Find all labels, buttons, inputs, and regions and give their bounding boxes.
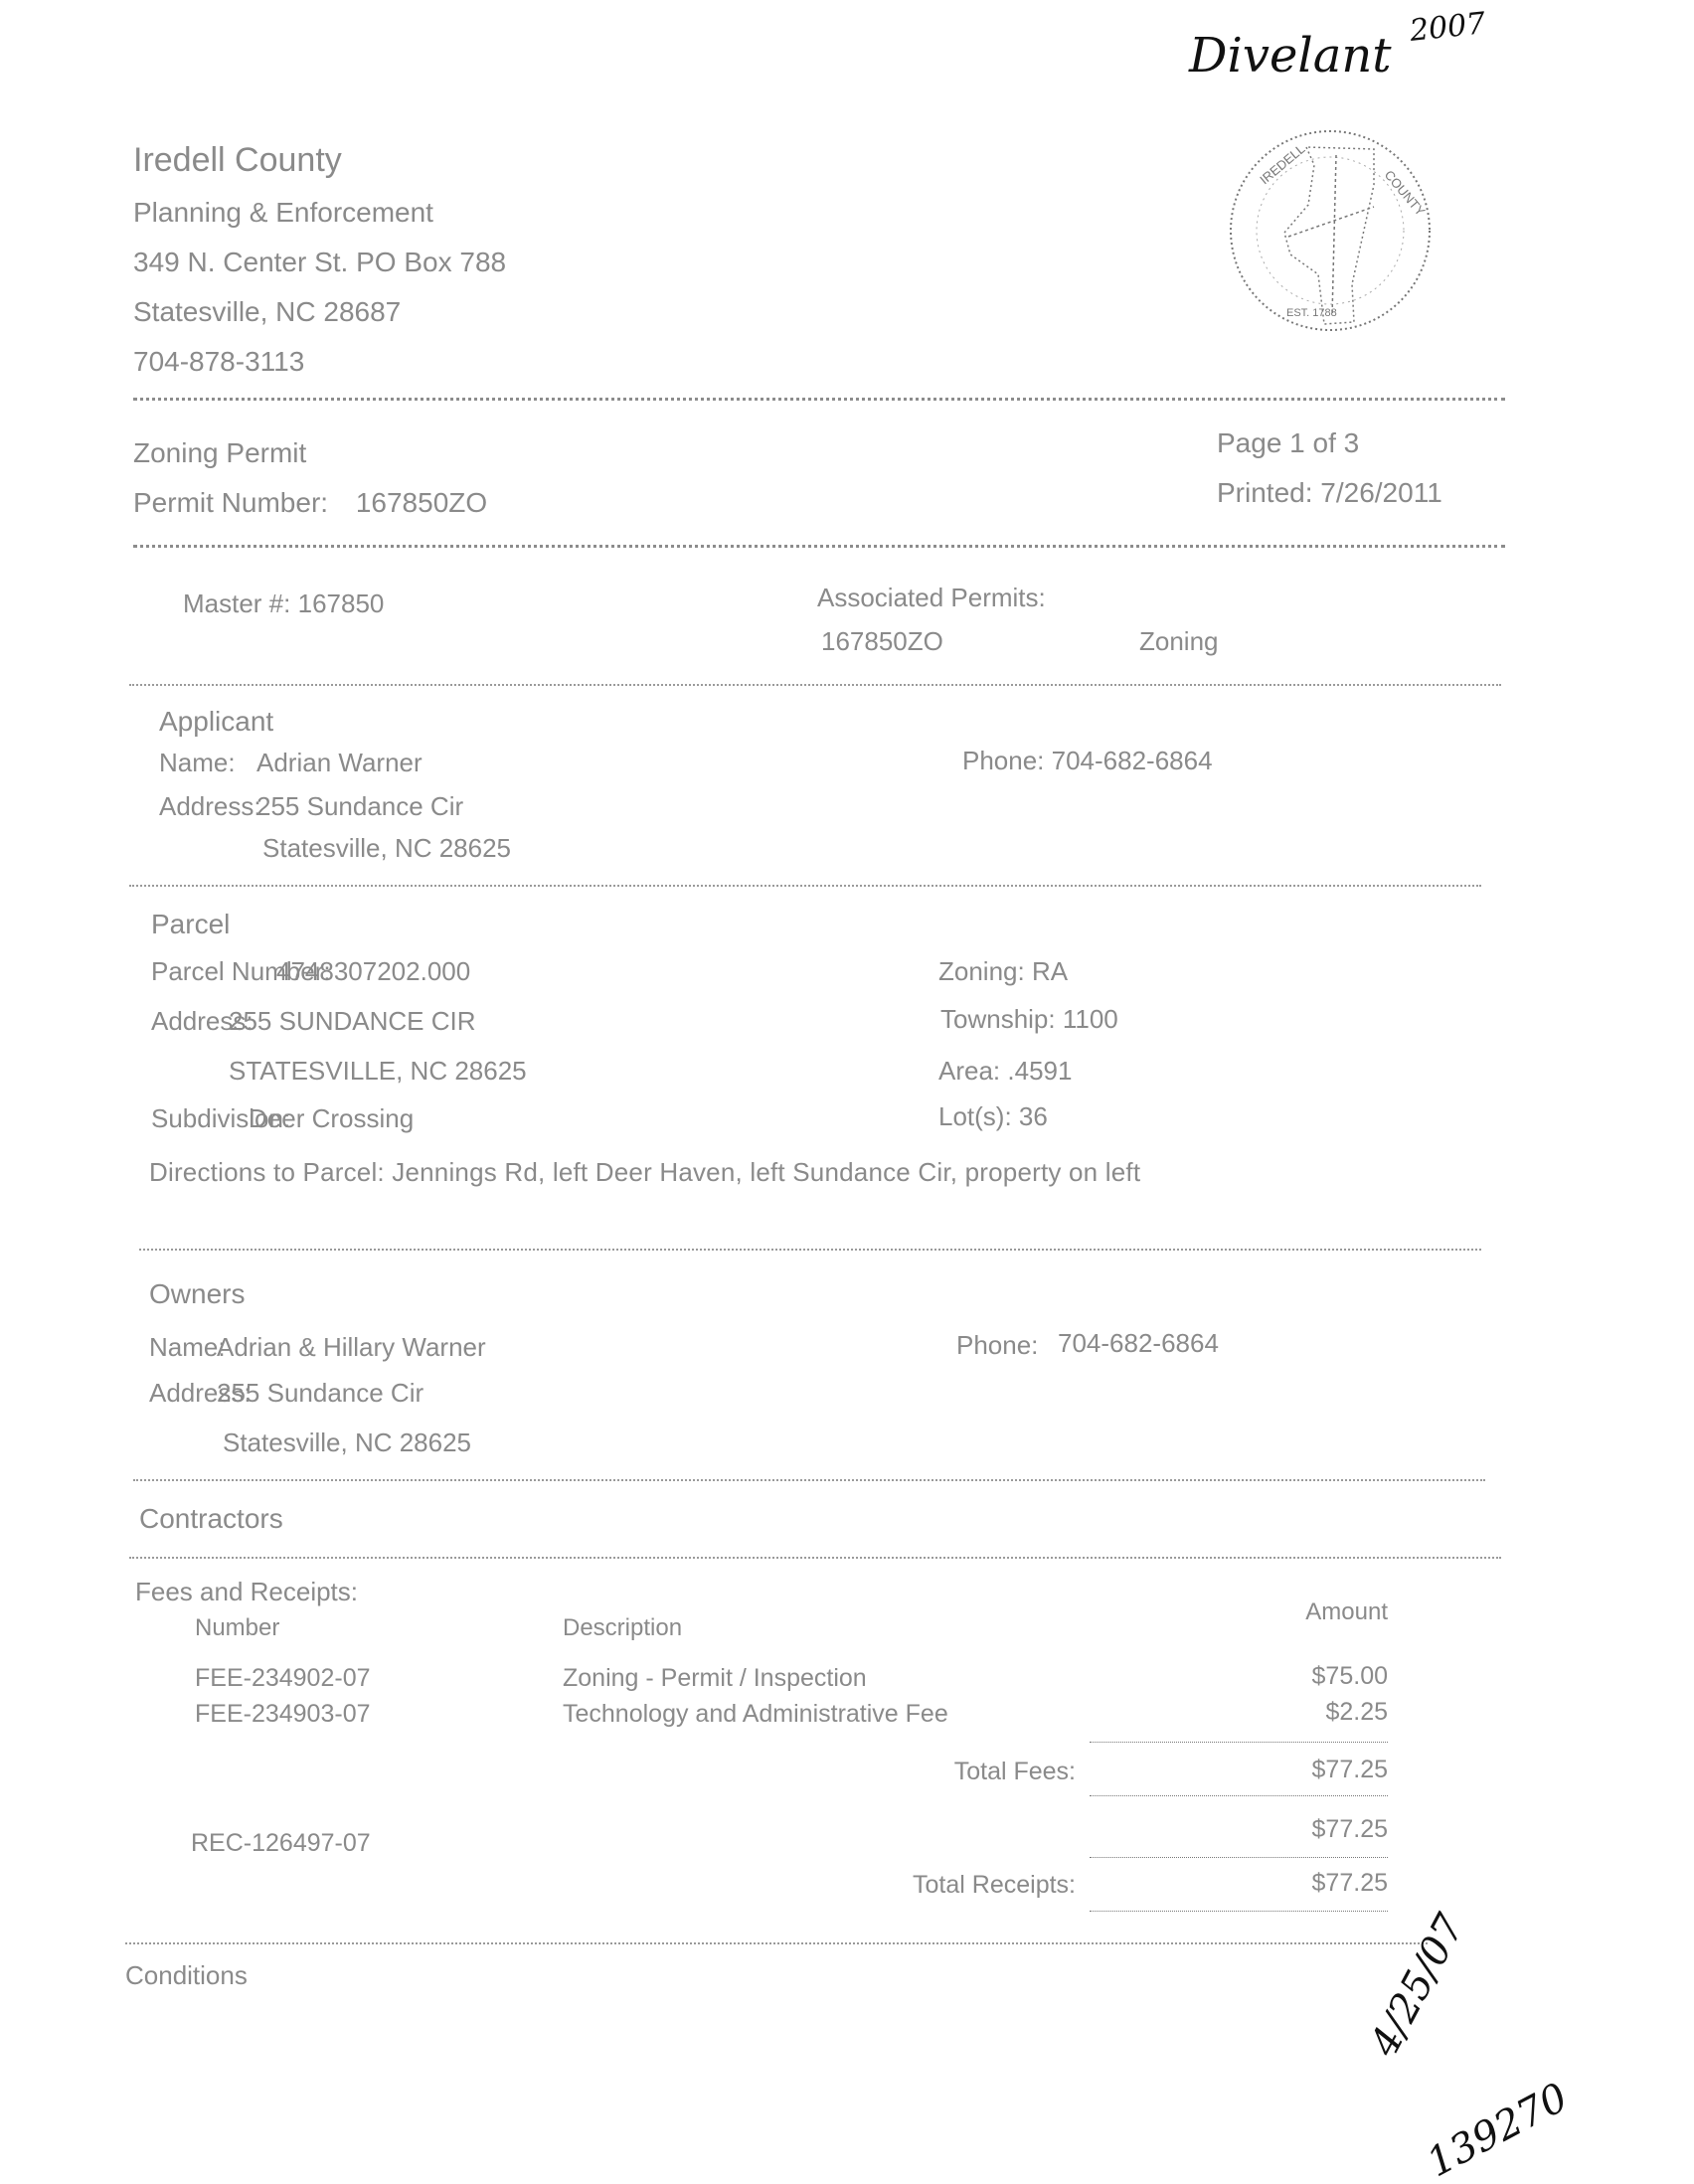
permit-number-label: Permit Number: <box>133 487 328 518</box>
applicant-name: Adrian Warner <box>256 748 423 778</box>
permit-title: Zoning Permit <box>133 437 306 469</box>
owner-address-line2: Statesville, NC 28625 <box>223 1428 471 1458</box>
parcel-township-label: Township: <box>940 1004 1056 1034</box>
fee-amount: $2.25 <box>1193 1698 1388 1727</box>
handwritten-signature: Divelant <box>1189 28 1392 84</box>
divider <box>129 684 1501 686</box>
divider <box>133 545 1505 548</box>
conditions-heading: Conditions <box>125 1960 248 1991</box>
applicant-phone-value: 704-682-6864 <box>1052 746 1213 775</box>
applicant-address-line2: Statesville, NC 28625 <box>262 833 511 864</box>
org-address-line2: Statesville, NC 28687 <box>133 296 401 328</box>
divider <box>1090 1742 1388 1743</box>
owner-name: Adrian & Hillary Warner <box>217 1332 486 1363</box>
applicant-name-label: Name: <box>159 748 236 778</box>
parcel-directions-value: Jennings Rd, left Deer Haven, left Sunda… <box>392 1157 1140 1187</box>
owner-name-label: Name: <box>149 1332 226 1363</box>
permit-number-value: 167850ZO <box>356 487 487 518</box>
parcel-zoning-label: Zoning: <box>938 956 1025 986</box>
parcel-township: Township: 1100 <box>940 1004 1118 1035</box>
parcel-directions-label: Directions to Parcel: <box>149 1157 385 1187</box>
fees-column-number: Number <box>195 1614 279 1642</box>
master-value: 167850 <box>298 588 385 618</box>
fees-column-description: Description <box>563 1614 682 1642</box>
department: Planning & Enforcement <box>133 197 433 229</box>
divider <box>1090 1857 1388 1858</box>
org-name: Iredell County <box>133 141 342 180</box>
parcel-address-line2: STATESVILLE, NC 28625 <box>229 1056 527 1087</box>
svg-text:IREDELL: IREDELL <box>1257 141 1307 187</box>
parcel-lots-label: Lot(s): <box>938 1101 1012 1131</box>
parcel-area: Area: .4591 <box>938 1056 1072 1087</box>
org-address-line1: 349 N. Center St. PO Box 788 <box>133 247 506 278</box>
master-number: Master #: 167850 <box>183 588 384 619</box>
org-phone: 704-878-3113 <box>133 346 304 378</box>
receipt-amount: $77.25 <box>1193 1815 1388 1844</box>
total-receipts-label: Total Receipts: <box>756 1871 1076 1900</box>
fee-description: Technology and Administrative Fee <box>563 1700 948 1729</box>
parcel-subdivision: Deer Crossing <box>249 1103 414 1134</box>
fee-number: FEE-234902-07 <box>195 1664 371 1693</box>
parcel-zoning: Zoning: RA <box>938 956 1068 987</box>
parcel-area-value: .4591 <box>1007 1056 1072 1086</box>
parcel-area-label: Area: <box>938 1056 1000 1086</box>
associated-permits-label: Associated Permits: <box>817 583 1046 613</box>
owner-phone: 704-682-6864 <box>1058 1328 1219 1359</box>
total-fees-label: Total Fees: <box>795 1758 1076 1786</box>
associated-permit-number: 167850ZO <box>821 626 943 657</box>
permit-number: Permit Number: 167850ZO <box>133 487 487 519</box>
applicant-heading: Applicant <box>159 706 273 738</box>
owner-address-line1: 255 Sundance Cir <box>217 1378 423 1409</box>
fee-number: FEE-234903-07 <box>195 1700 371 1729</box>
parcel-township-value: 1100 <box>1063 1004 1118 1034</box>
divider <box>129 885 1481 887</box>
fees-column-amount: Amount <box>1193 1598 1388 1626</box>
applicant-address-label: Address: <box>159 791 261 822</box>
fee-amount: $75.00 <box>1193 1662 1388 1691</box>
applicant-phone: Phone: 704-682-6864 <box>962 746 1213 776</box>
divider <box>133 1479 1485 1481</box>
applicant-phone-label: Phone: <box>962 746 1044 775</box>
divider <box>1090 1795 1388 1796</box>
divider <box>125 1942 1428 1944</box>
contractors-heading: Contractors <box>139 1503 283 1535</box>
parcel-heading: Parcel <box>151 909 230 940</box>
handwritten-number: 139270 <box>1420 2075 1575 2184</box>
svg-text:COUNTY: COUNTY <box>1382 167 1429 219</box>
parcel-address-line1: 255 SUNDANCE CIR <box>229 1006 476 1037</box>
parcel-zoning-value: RA <box>1032 956 1068 986</box>
divider <box>129 1557 1501 1559</box>
receipt-number: REC-126497-07 <box>191 1829 371 1858</box>
parcel-lots-value: 36 <box>1019 1101 1048 1131</box>
associated-permit-type: Zoning <box>1139 626 1219 657</box>
total-receipts-value: $77.25 <box>1193 1869 1388 1898</box>
divider <box>139 1249 1481 1251</box>
applicant-address-line1: 255 Sundance Cir <box>256 791 463 822</box>
handwritten-year: 2007 <box>1408 6 1487 49</box>
owner-phone-label: Phone: <box>956 1330 1038 1361</box>
master-label: Master #: <box>183 588 290 618</box>
fee-description: Zoning - Permit / Inspection <box>563 1664 867 1693</box>
svg-text:EST. 1788: EST. 1788 <box>1286 307 1337 319</box>
page-indicator: Page 1 of 3 <box>1217 427 1359 459</box>
parcel-lots: Lot(s): 36 <box>938 1101 1048 1132</box>
total-fees-value: $77.25 <box>1193 1756 1388 1784</box>
parcel-directions: Directions to Parcel: Jennings Rd, left … <box>149 1157 1140 1188</box>
divider <box>1090 1911 1388 1912</box>
handwritten-date: 4/25/07 <box>1361 1907 1473 2064</box>
owners-heading: Owners <box>149 1278 245 1310</box>
divider <box>133 398 1505 401</box>
county-seal-icon: IREDELL COUNTY EST. 1788 <box>1225 125 1436 336</box>
parcel-number: 4748307202.000 <box>276 956 470 987</box>
printed-date: Printed: 7/26/2011 <box>1217 477 1442 509</box>
fees-heading: Fees and Receipts: <box>135 1577 358 1607</box>
